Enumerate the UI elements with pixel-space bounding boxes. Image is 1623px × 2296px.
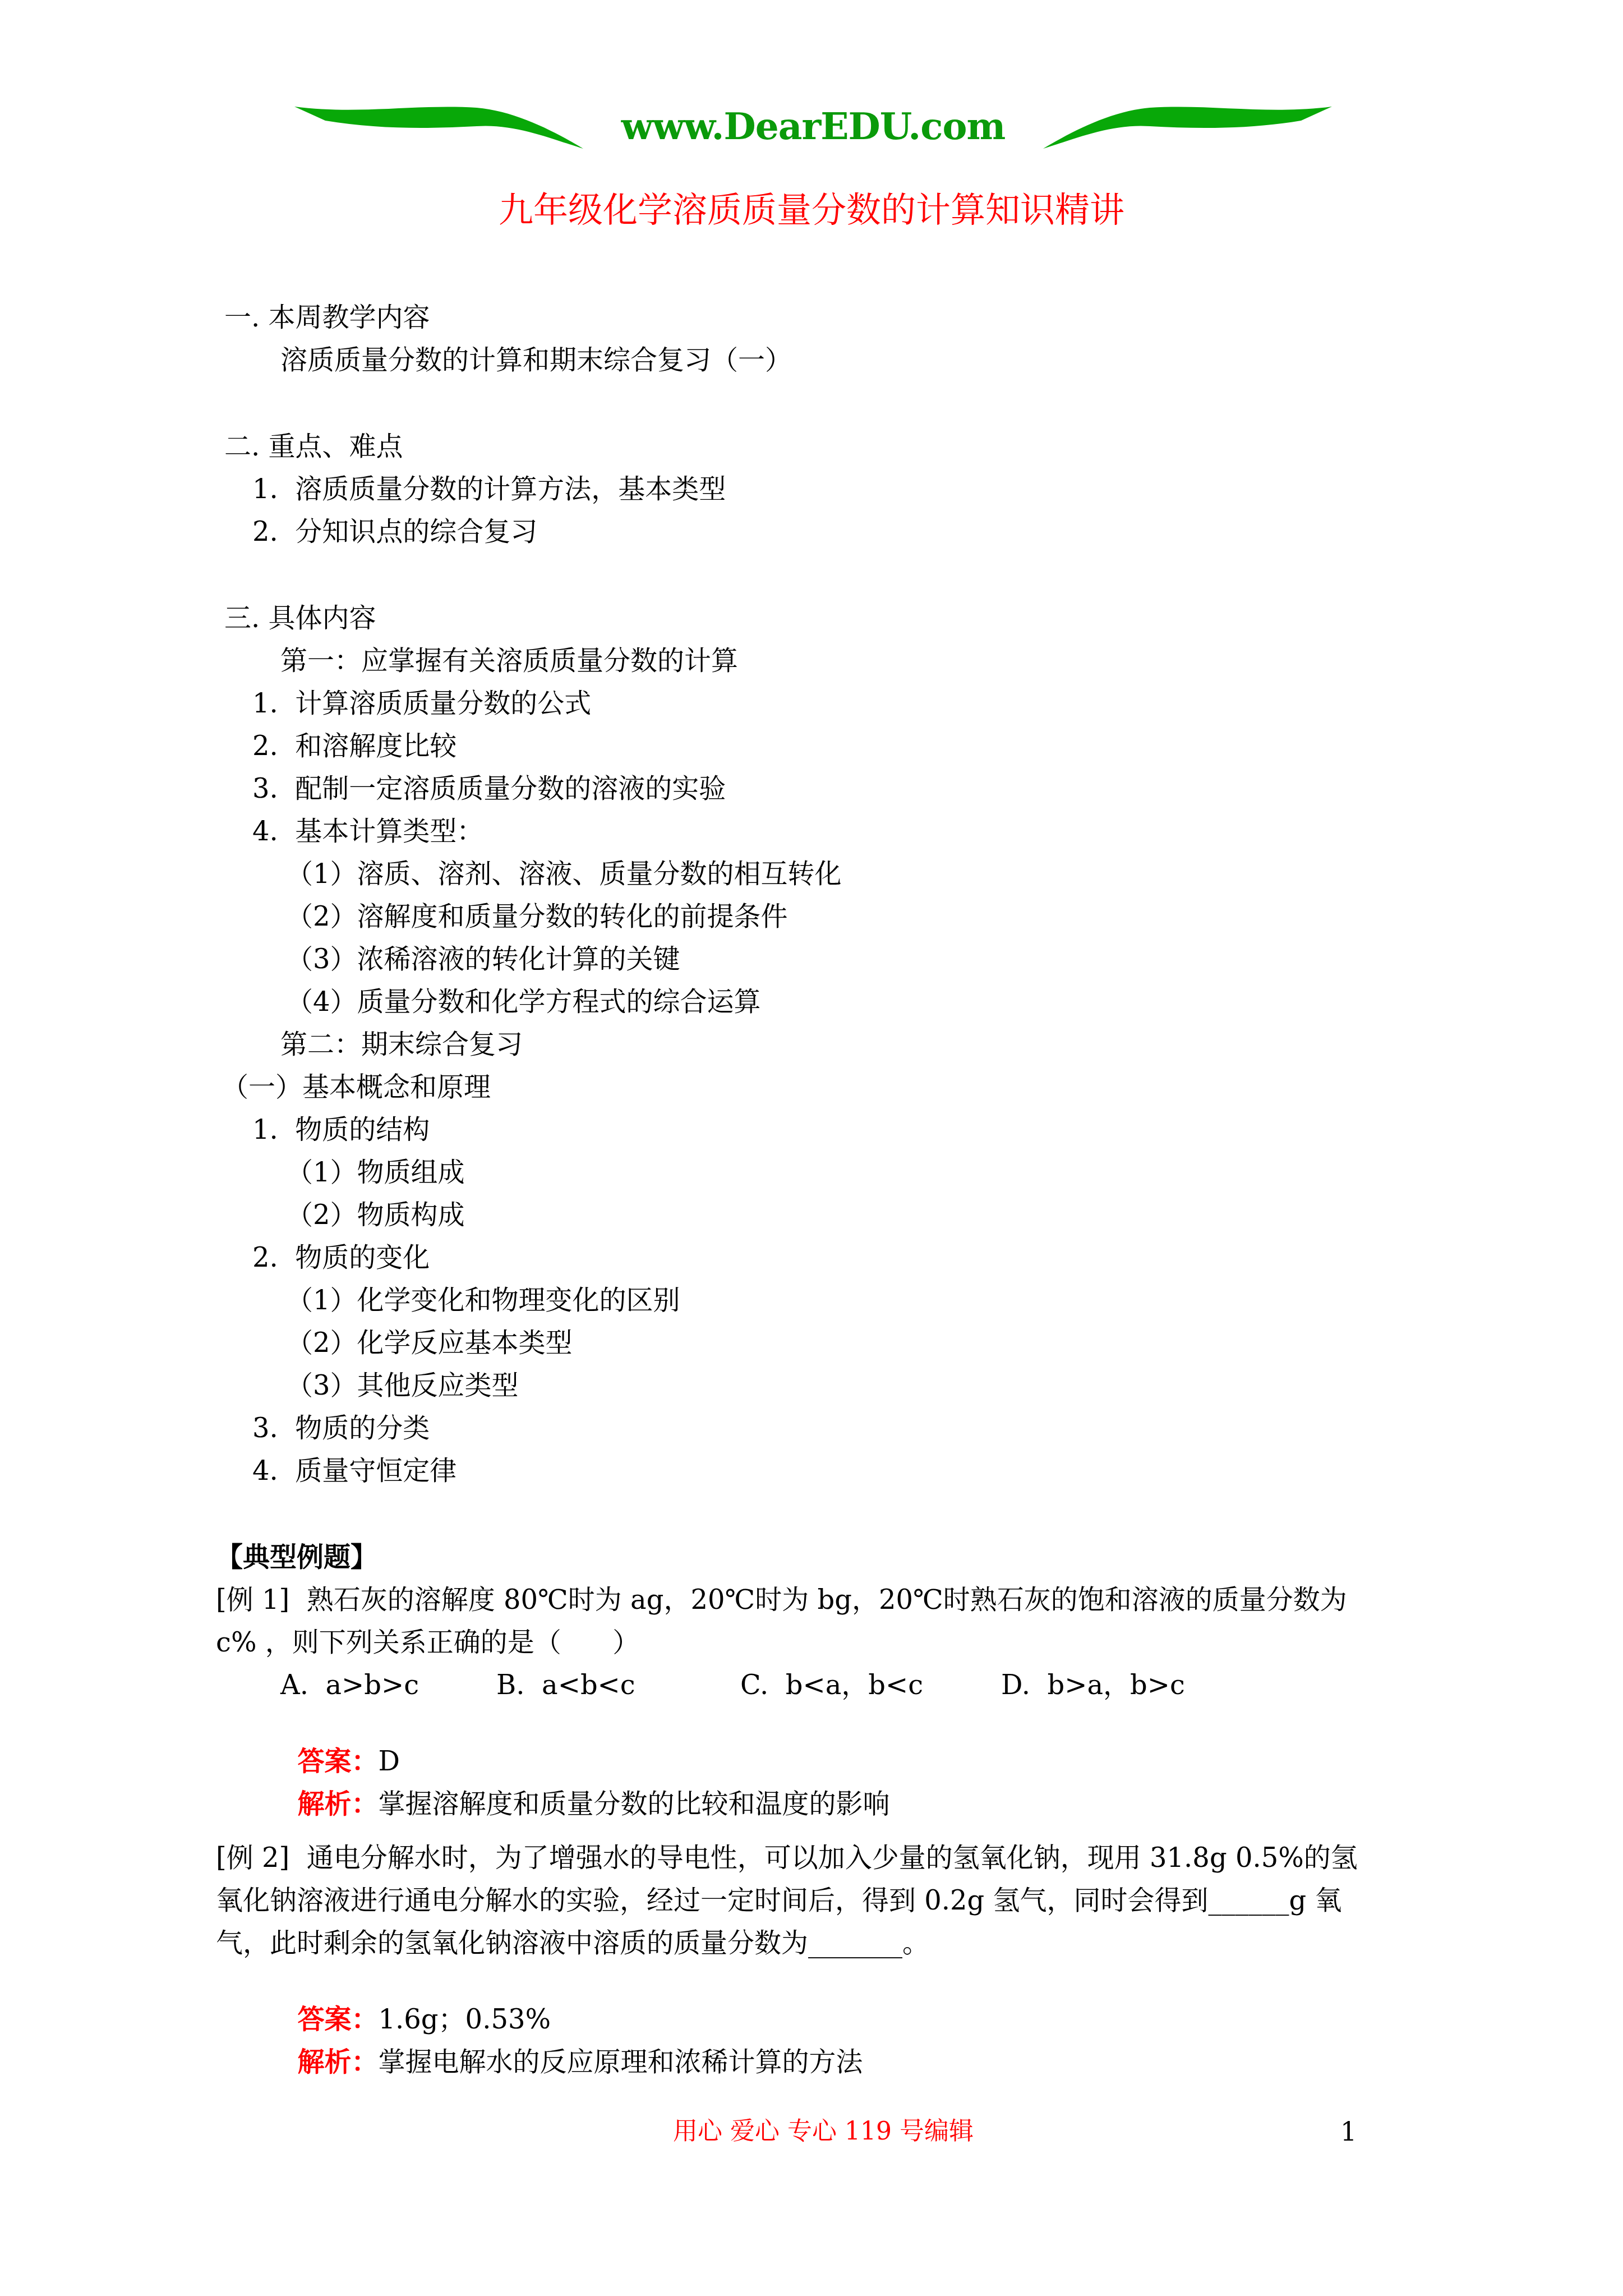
section-line: （2）物质构成: [286, 1198, 465, 1232]
analysis-text: 掌握溶解度和质量分数的比较和温度的影响: [379, 1788, 890, 1820]
example-1-text: [例 1] 熟石灰的溶解度 80℃时为 ag，20℃时为 bg，20℃时熟石灰的…: [216, 1583, 1347, 1617]
section-line: （2）化学反应基本类型: [286, 1326, 573, 1360]
example-2-text: 氧化钠溶液进行通电分解水的实验，经过一定时间后，得到 0.2g 氢气，同时会得到…: [216, 1884, 1342, 1917]
section-line: 2. 物质的变化: [252, 1241, 430, 1274]
section-heading: 二. 重点、难点: [224, 430, 403, 463]
section-heading: 一. 本周教学内容: [224, 301, 430, 334]
analysis-label: 解析：: [298, 1788, 379, 1820]
option-b: B. a<b<c: [496, 1668, 635, 1702]
example-2-text: [例 2] 通电分解水时，为了增强水的导电性，可以加入少量的氢氧化钠，现用 31…: [216, 1841, 1358, 1875]
example-1-text: c% ，则下列关系正确的是（ ）: [216, 1626, 639, 1659]
site-banner: www.DearEDU.com: [292, 101, 1335, 151]
section-line: 溶质质量分数的计算和期末综合复习（一）: [280, 343, 792, 377]
section-line: （1）化学变化和物理变化的区别: [286, 1283, 680, 1317]
section-line: （一）基本概念和原理: [222, 1070, 491, 1104]
document-title: 九年级化学溶质质量分数的计算知识精讲: [0, 185, 1623, 236]
section-line: 第二：期末综合复习: [280, 1028, 523, 1061]
section-line: 1. 物质的结构: [252, 1113, 430, 1147]
example-2-analysis: 解析：掌握电解水的反应原理和浓稀计算的方法: [280, 2012, 863, 2079]
example-2-text: 气，此时剩余的氢氧化钠溶液中溶质的质量分数为_______。: [216, 1926, 929, 1960]
section-line: 1. 计算溶质质量分数的公式: [252, 687, 591, 720]
site-logo-text[interactable]: www.DearEDU.com: [611, 101, 1015, 151]
examples-heading: 【典型例题】: [216, 1540, 377, 1574]
section-line: （4）质量分数和化学方程式的综合运算: [286, 985, 761, 1019]
section-line: （1）物质组成: [286, 1156, 465, 1189]
section-line: 3. 配制一定溶质质量分数的溶液的实验: [252, 772, 726, 806]
page-number: 1: [1340, 2115, 1357, 2148]
section-line: 4. 质量守恒定律: [252, 1454, 457, 1488]
section-line: 4. 基本计算类型：: [252, 815, 483, 848]
section-line: 3. 物质的分类: [252, 1411, 430, 1445]
analysis-text: 掌握电解水的反应原理和浓稀计算的方法: [379, 2046, 863, 2078]
example-1-analysis: 解析：掌握溶解度和质量分数的比较和温度的影响: [280, 1754, 890, 1821]
option-c: C. b<a，b<c: [740, 1668, 923, 1702]
footer-text: 用心 爱心 专心 119 号编辑: [673, 2115, 974, 2148]
section-line: （1）溶质、溶剂、溶液、质量分数的相互转化: [286, 857, 842, 891]
section-line: 第一：应掌握有关溶质质量分数的计算: [280, 644, 738, 678]
section-line: 1. 溶质质量分数的计算方法，基本类型: [252, 472, 726, 506]
section-line: （3）其他反应类型: [286, 1369, 519, 1402]
section-line: （2）溶解度和质量分数的转化的前提条件: [286, 900, 788, 933]
section-line: 2. 分知识点的综合复习: [252, 515, 537, 549]
section-heading: 三. 具体内容: [224, 601, 376, 635]
section-line: （3）浓稀溶液的转化计算的关键: [286, 942, 680, 976]
option-d: D. b>a，b>c: [1001, 1668, 1185, 1702]
option-a: A. a>b>c: [280, 1668, 419, 1702]
analysis-label: 解析：: [298, 2046, 379, 2078]
section-line: 2. 和溶解度比较: [252, 729, 457, 763]
